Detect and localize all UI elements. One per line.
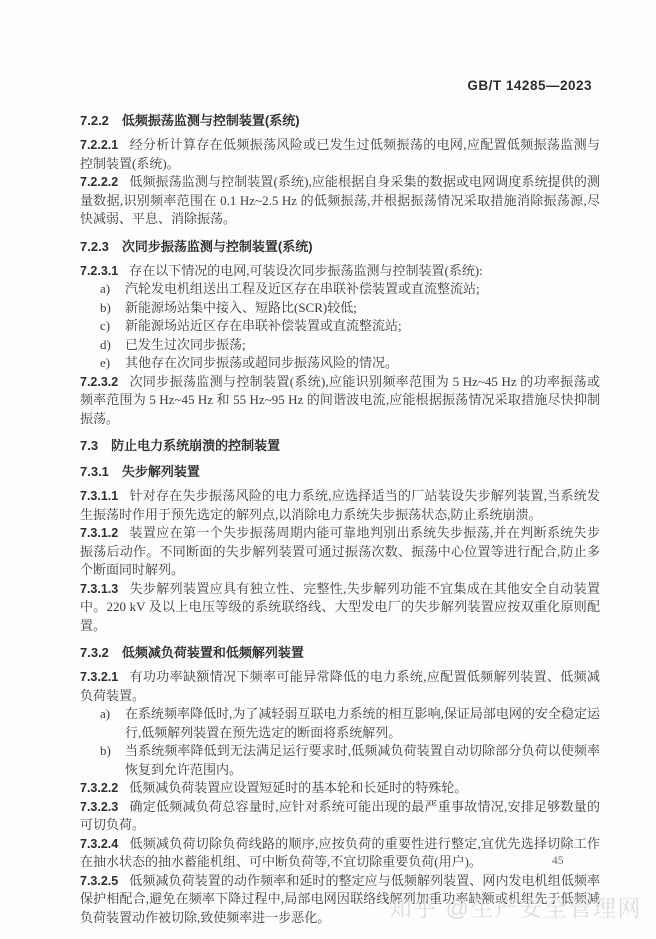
clause-text: 针对存在失步振荡风险的电力系统,应选择适当的厂站装设失步解列装置,当系统发生振荡… — [80, 488, 600, 522]
clause-7-2-3-1: 7.2.3.1存在以下情况的电网,可装设次同步振荡监测与控制装置(系统): — [80, 262, 600, 281]
clause-number: 7.2.2.2 — [80, 175, 118, 189]
clause-7-2-3-2: 7.2.3.2次同步振荡监测与控制装置(系统),应能识别频率范围为 5 Hz~4… — [80, 373, 600, 429]
section-number: 7.3 — [80, 438, 98, 453]
clause-number: 7.3.1.2 — [80, 526, 118, 540]
clause-7-3-1-2: 7.3.1.2装置应在第一个失步振荡周期内能可靠地判别出系统失步振荡,并在判断系… — [80, 524, 600, 580]
clause-number: 7.2.3.1 — [80, 264, 118, 278]
watermark-text: 知乎 @生产安全管理网 — [389, 890, 642, 923]
page-number: 45 — [552, 855, 564, 867]
standard-code-header: GB/T 14285—2023 — [80, 78, 592, 93]
clause-number: 7.2.2.1 — [80, 138, 118, 152]
document-content: GB/T 14285—2023 7.2.2低频振荡监测与控制装置(系统) 7.2… — [80, 78, 600, 927]
list-item: a)在系统频率降低时,为了减轻弱互联电力系统的相互影响,保证局部电网的安全稳定运… — [80, 705, 600, 742]
clause-text: 低频减负荷装置应设置短延时的基本轮和长延时的特殊轮。 — [129, 780, 467, 795]
clause-text: 有功功率缺额情况下频率可能异常降低的电力系统,应配置低频解列装置、低频减负荷装置… — [80, 669, 600, 703]
section-number: 7.2.2 — [80, 113, 109, 128]
section-number: 7.2.3 — [80, 239, 109, 254]
list-item: b)新能源场站集中接入、短路比(SCR)较低; — [80, 299, 600, 318]
clause-7-2-3-1-list: a)汽轮发电机组送出工程及近区存在串联补偿装置或直流整流站; b)新能源场站集中… — [80, 280, 600, 373]
list-item-text: 其他存在次同步振荡或超同步振荡风险的情况。 — [125, 355, 398, 370]
section-heading-7-2-3: 7.2.3次同步振荡监测与控制装置(系统) — [80, 238, 600, 255]
list-item-text: 新能源场站集中接入、短路比(SCR)较低; — [125, 300, 357, 315]
list-item-text: 已发生过次同步振荡; — [125, 337, 246, 352]
section-number: 7.3.2 — [80, 645, 109, 660]
list-item: d)已发生过次同步振荡; — [80, 336, 600, 355]
clause-text: 装置应在第一个失步振荡周期内能可靠地判别出系统失步振荡,并在判断系统失步振荡后动… — [80, 525, 600, 577]
list-item: a)汽轮发电机组送出工程及近区存在串联补偿装置或直流整流站; — [80, 280, 600, 299]
section-heading-7-3-1: 7.3.1失步解列装置 — [80, 463, 600, 480]
clause-number: 7.3.2.4 — [80, 837, 118, 851]
section-title: 低频减负荷装置和低频解列装置 — [122, 645, 304, 660]
list-item-text: 当系统频率降低到无法满足运行要求时,低频减负荷装置自动切除部分负荷以使频率恢复到… — [125, 743, 600, 777]
clause-7-3-2-1: 7.3.2.1有功功率缺额情况下频率可能异常降低的电力系统,应配置低频解列装置、… — [80, 668, 600, 705]
clause-7-3-1-3: 7.3.1.3失步解列装置应具有独立性、完整性,失步解列功能不宜集成在其他安全自… — [80, 580, 600, 636]
section-title: 防止电力系统崩溃的控制装置 — [111, 438, 280, 453]
list-item-label: b) — [100, 742, 111, 761]
clause-text: 经分析计算存在低频振荡风险或已发生过低频振荡的电网,应配置低频振荡监测与控制装置… — [80, 137, 600, 171]
clause-number: 7.3.2.2 — [80, 781, 118, 795]
section-number: 7.3.1 — [80, 464, 109, 479]
section-title: 失步解列装置 — [122, 464, 200, 479]
clause-text: 失步解列装置应具有独立性、完整性,失步解列功能不宜集成在其他安全自动装置中。22… — [80, 581, 600, 633]
clause-number: 7.3.2.1 — [80, 670, 118, 684]
list-item-text: 汽轮发电机组送出工程及近区存在串联补偿装置或直流整流站; — [125, 281, 480, 296]
list-item-text: 在系统频率降低时,为了减轻弱互联电力系统的相互影响,保证局部电网的安全稳定运行,… — [125, 706, 600, 740]
clause-text: 存在以下情况的电网,可装设次同步振荡监测与控制装置(系统): — [129, 263, 483, 278]
list-item-label: e) — [100, 354, 110, 373]
list-item-text: 新能源场站近区存在串联补偿装置或直流整流站; — [125, 318, 402, 333]
section-title: 次同步振荡监测与控制装置(系统) — [122, 239, 313, 254]
clause-7-3-2-2: 7.3.2.2低频减负荷装置应设置短延时的基本轮和长延时的特殊轮。 — [80, 779, 600, 798]
clause-number: 7.3.2.3 — [80, 800, 118, 814]
clause-7-3-1-1: 7.3.1.1针对存在失步振荡风险的电力系统,应选择适当的厂站装设失步解列装置,… — [80, 487, 600, 524]
clause-text: 低频减负荷切除负荷线路的顺序,应按负荷的重要性进行整定,宜优先选择切除工作在抽水… — [80, 836, 600, 870]
clause-7-3-2-4: 7.3.2.4低频减负荷切除负荷线路的顺序,应按负荷的重要性进行整定,宜优先选择… — [80, 835, 600, 872]
section-heading-7-3-2: 7.3.2低频减负荷装置和低频解列装置 — [80, 644, 600, 661]
document-page: GB/T 14285—2023 7.2.2低频振荡监测与控制装置(系统) 7.2… — [0, 0, 656, 939]
clause-7-2-2-2: 7.2.2.2低频振荡监测与控制装置(系统),应能根据自身采集的数据或电网调度系… — [80, 173, 600, 229]
section-heading-7-3: 7.3防止电力系统崩溃的控制装置 — [80, 437, 600, 454]
list-item: e)其他存在次同步振荡或超同步振荡风险的情况。 — [80, 354, 600, 373]
clause-number: 7.3.1.3 — [80, 582, 118, 596]
clause-text: 确定低频减负荷总容量时,应针对系统可能出现的最严重事故情况,安排足够数量的可切负… — [80, 799, 600, 833]
clause-7-3-2-3: 7.3.2.3确定低频减负荷总容量时,应针对系统可能出现的最严重事故情况,安排足… — [80, 798, 600, 835]
list-item-label: b) — [100, 299, 111, 318]
list-item: c)新能源场站近区存在串联补偿装置或直流整流站; — [80, 317, 600, 336]
list-item: b)当系统频率降低到无法满足运行要求时,低频减负荷装置自动切除部分负荷以使频率恢… — [80, 742, 600, 779]
list-item-label: c) — [100, 317, 110, 336]
clause-text: 次同步振荡监测与控制装置(系统),应能识别频率范围为 5 Hz~45 Hz 的功… — [80, 374, 600, 426]
clause-text: 低频振荡监测与控制装置(系统),应能根据自身采集的数据或电网调度系统提供的测量数… — [80, 174, 600, 226]
clause-7-3-2-1-list: a)在系统频率降低时,为了减轻弱互联电力系统的相互影响,保证局部电网的安全稳定运… — [80, 705, 600, 779]
clause-7-2-2-1: 7.2.2.1经分析计算存在低频振荡风险或已发生过低频振荡的电网,应配置低频振荡… — [80, 136, 600, 173]
section-heading-7-2-2: 7.2.2低频振荡监测与控制装置(系统) — [80, 112, 600, 129]
clause-number: 7.3.2.5 — [80, 874, 118, 888]
list-item-label: a) — [100, 280, 110, 299]
clause-number: 7.3.1.1 — [80, 489, 118, 503]
list-item-label: a) — [100, 705, 110, 724]
clause-number: 7.2.3.2 — [80, 375, 118, 389]
section-title: 低频振荡监测与控制装置(系统) — [122, 113, 300, 128]
list-item-label: d) — [100, 336, 111, 355]
